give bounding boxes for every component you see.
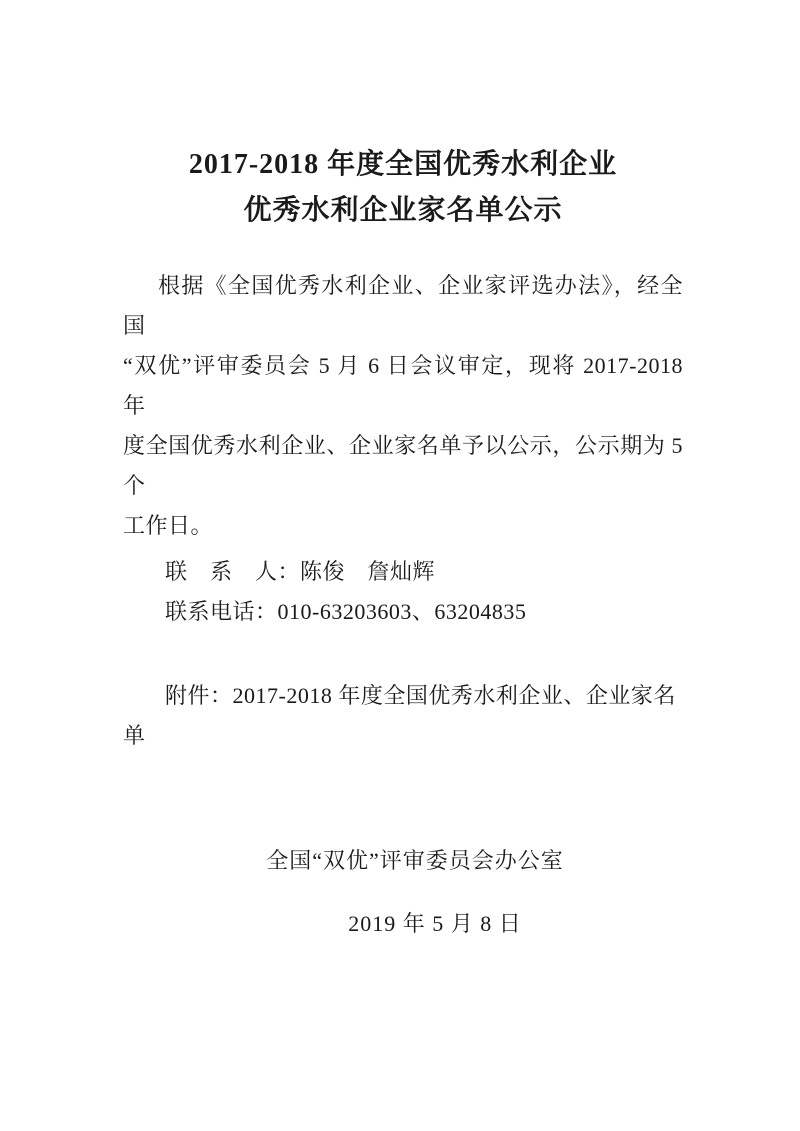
announcement-paragraph-line: 根据《全国优秀水利企业、企业家评选办法》，经全国 bbox=[123, 266, 683, 346]
contact-person-line: 联 系 人：陈俊 詹灿辉 bbox=[123, 552, 683, 592]
announcement-paragraph-line: 工作日。 bbox=[123, 506, 683, 546]
document-page: 2017-2018 年度全国优秀水利企业 优秀水利企业家名单公示 根据《全国优秀… bbox=[0, 0, 800, 1131]
contact-phone-line: 联系电话：010-63203603、63204835 bbox=[123, 592, 683, 632]
announcement-paragraph-line: 度全国优秀水利企业、企业家名单予以公示，公示期为 5 个 bbox=[123, 426, 683, 506]
attachment-line: 附件：2017-2018 年度全国优秀水利企业、企业家名单 bbox=[123, 676, 683, 756]
date-line: 2019 年 5 月 8 日 bbox=[155, 904, 715, 944]
document-title-line-2: 优秀水利企业家名单公示 bbox=[123, 188, 683, 234]
document-title-line-1: 2017-2018 年度全国优秀水利企业 bbox=[123, 142, 683, 188]
announcement-paragraph-line: “双优”评审委员会 5 月 6 日会议审定，现将 2017-2018 年 bbox=[123, 346, 683, 426]
document-title: 2017-2018 年度全国优秀水利企业 优秀水利企业家名单公示 bbox=[123, 142, 683, 234]
announcement-paragraph: 根据《全国优秀水利企业、企业家评选办法》，经全国 “双优”评审委员会 5 月 6… bbox=[123, 266, 683, 546]
signature-line: 全国“双优”评审委员会办公室 bbox=[135, 841, 695, 881]
